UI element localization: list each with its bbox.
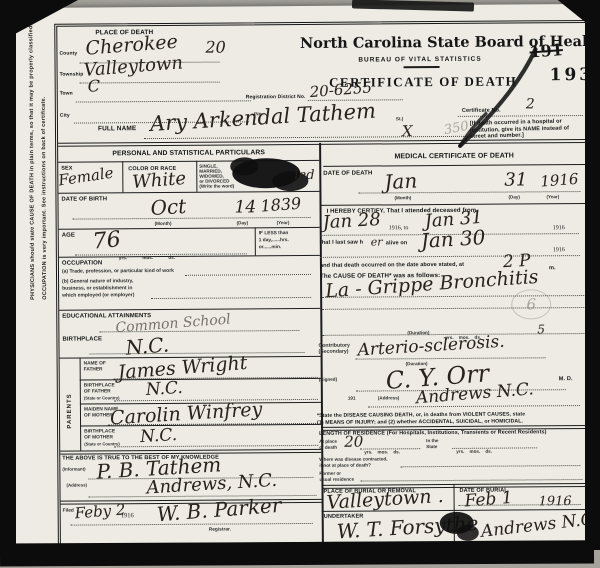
address-caption: (Address): [66, 482, 87, 487]
attended-from-value: Jan 28: [322, 211, 381, 232]
contracted-label-1: Where was disease contracted,: [319, 456, 387, 461]
former-residence-label-1: Former or: [319, 471, 341, 476]
death-day-value: 31: [504, 171, 527, 189]
in-state-label-2: State: [426, 444, 437, 449]
filed-date-value: Feby 2: [74, 502, 126, 521]
registration-district-label: Registration District No.: [246, 94, 306, 100]
cell-divider: [255, 227, 256, 255]
marital-visible-text: ied: [294, 169, 314, 182]
burial-date-value: Feb 1: [464, 490, 513, 511]
margin-instruction-line1: PHYSICIANS should state CAUSE OF DEATH i…: [28, 24, 36, 300]
occupation-b-label-1: (b) General nature of industry,: [62, 278, 133, 284]
if-less-label-1: IF LESS than: [259, 231, 289, 236]
month-caption: (Month): [394, 195, 411, 200]
mother-birthplace-label-2: OF MOTHER: [84, 435, 113, 440]
last-saw-line: [320, 255, 580, 258]
death-year-value: 1916: [540, 172, 579, 190]
contracted-line: [400, 465, 580, 467]
last-saw-year: 1916: [553, 247, 565, 253]
certificate-sheet: PHYSICIANS should state CAUSE OF DEATH i…: [12, 4, 590, 544]
county-number: 20: [205, 40, 225, 56]
md-label: M. D.: [559, 376, 573, 382]
mother-birthplace-label-1: BIRTHPLACE: [84, 429, 115, 434]
cell-divider: [196, 161, 197, 192]
town-line: [76, 100, 251, 102]
occupation-a-label: (a) Trade, profession, or particular kin…: [62, 268, 174, 275]
rule: [320, 203, 589, 206]
mother-name-label-2: OF MOTHER: [84, 413, 113, 418]
date-of-death-label: DATE OF DEATH: [323, 170, 372, 176]
former-residence-line: [360, 479, 582, 482]
attended-from-year: 1916, to: [389, 225, 409, 231]
medical-section-title: MEDICAL CERTIFICATE OF DEATH: [329, 152, 579, 161]
in-state-label-1: In the: [426, 438, 438, 443]
father-name-label-1: NAME OF: [84, 361, 106, 366]
residence-units-caption: yrs. mos. ds.: [456, 449, 492, 454]
town-value: C: [88, 78, 100, 94]
last-saw-date-value: Jan 30: [420, 227, 486, 251]
contributory-line: [356, 357, 546, 359]
address-caption: (Address): [378, 395, 399, 400]
cell-divider: [122, 161, 123, 192]
mother-birthplace-value: N.C.: [140, 427, 178, 446]
date-of-birth-label: DATE OF BIRTH: [61, 196, 107, 202]
margin-instruction-line2: OCCUPATION is very important. See instru…: [41, 96, 48, 299]
former-residence-label-2: usual residence: [319, 477, 354, 482]
attended-to-year: 1916: [553, 225, 565, 231]
contracted-label-2: if not at place of death?: [319, 463, 371, 468]
father-birthplace-label-1: BIRTHPLACE: [84, 383, 115, 388]
year-prefix-label: 191: [348, 396, 356, 401]
alive-on-label: alive on: [386, 240, 408, 246]
birth-month-value: Oct: [150, 196, 187, 218]
father-birthplace-label-2: OF FATHER: [84, 389, 111, 394]
full-name-label: FULL NAME: [98, 125, 136, 132]
undertaker-address-value: Andrews N.C.: [480, 511, 599, 541]
county-label: County: [59, 51, 77, 57]
year-caption: (Year): [546, 194, 559, 199]
scan-edge-bottom: [0, 540, 594, 566]
signed-caption: (Signed): [319, 377, 337, 382]
age-label: AGE: [62, 233, 75, 239]
burial-year-value: 1916: [539, 495, 572, 508]
scanned-death-certificate: PHYSICIANS should state CAUSE OF DEATH i…: [0, 0, 600, 568]
township-label: Township: [60, 72, 84, 78]
dod-line: [358, 191, 580, 194]
color-race-value: White: [132, 170, 187, 192]
contributory-value: Arterio-sclerosis.: [357, 334, 505, 360]
month-caption: (Month): [155, 221, 172, 226]
rule: [59, 308, 320, 311]
filed-label: Filed: [63, 509, 74, 514]
parents-label: PARENTS: [67, 393, 73, 428]
at-place-years-value: 20: [344, 435, 363, 450]
occupation-a-line: [185, 274, 311, 276]
at-place-label-2: of death: [319, 445, 337, 450]
last-saw-statement: that I last saw h: [320, 240, 363, 246]
dob-line: [73, 217, 311, 220]
meridiem-label: m.: [549, 265, 556, 271]
death-month-value: Jan: [384, 170, 418, 192]
scan-edge-left: [0, 0, 16, 554]
birthplace-label: BIRTHPLACE: [62, 336, 102, 342]
full-name-value: Ary Arkendal Tathem: [149, 101, 376, 135]
burial-place-value: Valleytown .: [326, 487, 444, 513]
birth-day-value: 14: [234, 199, 256, 216]
scan-edge-right: [585, 14, 600, 550]
occupation-b-label-2: business, or establishment in: [62, 285, 132, 291]
filed-year-value: 1916: [121, 512, 134, 519]
if-less-label-2: 1 day,......hrs.: [259, 238, 289, 243]
physician-address-line: [368, 405, 580, 407]
occupation-b-label-3: which employed (or employer): [62, 292, 134, 299]
at-place-label-1: At place: [319, 439, 337, 444]
informant-caption: (Informant): [62, 467, 85, 472]
occupation-b-line: [151, 297, 311, 299]
year-caption: (Year): [277, 220, 290, 225]
residence-units-caption: yrs. mos. ds.: [364, 449, 400, 454]
birthplace-line: [90, 352, 305, 355]
education-line: [99, 330, 299, 332]
pencil-circle-mark: 6: [511, 289, 551, 319]
informant-address-line: [89, 495, 317, 498]
occupation-label: OCCUPATION: [62, 260, 102, 266]
city-label: City: [60, 113, 70, 119]
street-label: St.): [396, 116, 403, 121]
duration-value: 5: [537, 323, 545, 335]
day-caption: (Day): [237, 220, 249, 225]
secondary-label: (Secondary): [319, 349, 349, 355]
birth-year-value: 1839: [260, 196, 302, 215]
day-caption: (Day): [508, 194, 520, 199]
rule: [323, 164, 585, 167]
registrar-line: [71, 523, 313, 526]
mother-birthplace-line: [114, 445, 318, 447]
death-occurred-statement: and that death occurred on the date abov…: [320, 262, 464, 269]
father-name-label-2: FATHER: [84, 367, 103, 372]
if-less-label-3: or......min.: [259, 245, 281, 250]
age-value: 76: [92, 229, 122, 254]
certificate-form: PLACE OF DEATH County Cherokee 20 Townsh…: [54, 20, 594, 548]
father-birthplace-value: N.C.: [145, 380, 183, 399]
town-label: Town: [60, 91, 73, 97]
registrar-caption: Registrar.: [209, 527, 231, 532]
township-line: [80, 82, 220, 84]
birthplace-value: N.C.: [125, 334, 170, 357]
last-saw-pronoun: er: [371, 236, 383, 247]
